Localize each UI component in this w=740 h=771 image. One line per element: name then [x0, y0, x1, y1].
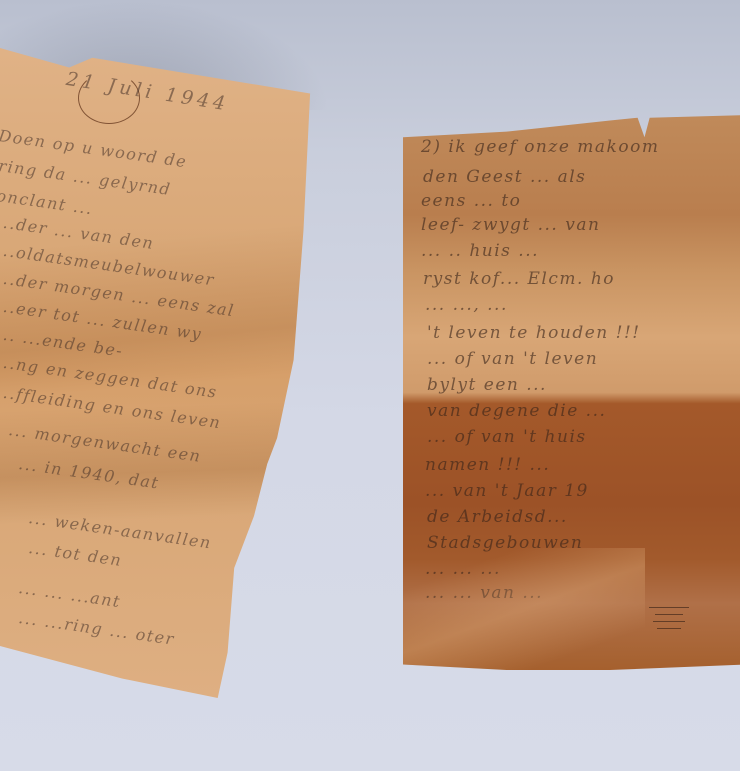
handwritten-line: leef- zwygt ... van [421, 215, 600, 235]
handwritten-line: ... ..., ... [425, 295, 508, 315]
handwritten-line: ... ... ...ant [17, 578, 122, 611]
handwritten-line: de Arbeidsd... [427, 507, 568, 527]
handwritten-line: ... of van 't huis [427, 427, 587, 447]
handwritten-line: 't leven te houden !!! [427, 323, 641, 343]
handwritten-line: van degene die ... [427, 401, 606, 421]
handwritten-line: eens ... to [421, 191, 521, 211]
signature-underline-marks [649, 607, 689, 635]
left-letter: 21 Juli 1944 Doen op u woord de ring da … [0, 48, 320, 698]
handwritten-line: ... tot den [27, 538, 123, 570]
handwritten-line: ... .. huis ... [421, 241, 539, 261]
right-letter: 2) ik geef onze makoom den Geest ... als… [403, 115, 740, 670]
handwritten-line: Stadsgebouwen [427, 533, 583, 553]
handwritten-line: ... ... ... [425, 559, 501, 579]
handwritten-line: ... ... van ... [425, 583, 543, 603]
handwritten-line: den Geest ... als [423, 167, 586, 187]
handwritten-line: ... in 1940, dat [17, 454, 160, 493]
handwritten-line: 2) ik geef onze makoom [421, 137, 659, 157]
handwritten-line: ... of van 't leven [427, 349, 598, 369]
handwritten-line: bylyt een ... [427, 375, 547, 395]
handwritten-line: ryst kof... Elcm. ho [423, 269, 615, 289]
handwritten-line: ... van 't Jaar 19 [425, 481, 589, 501]
handwritten-line: ... ...ring ... oter [17, 608, 176, 649]
handwritten-line: namen !!! ... [425, 455, 550, 475]
